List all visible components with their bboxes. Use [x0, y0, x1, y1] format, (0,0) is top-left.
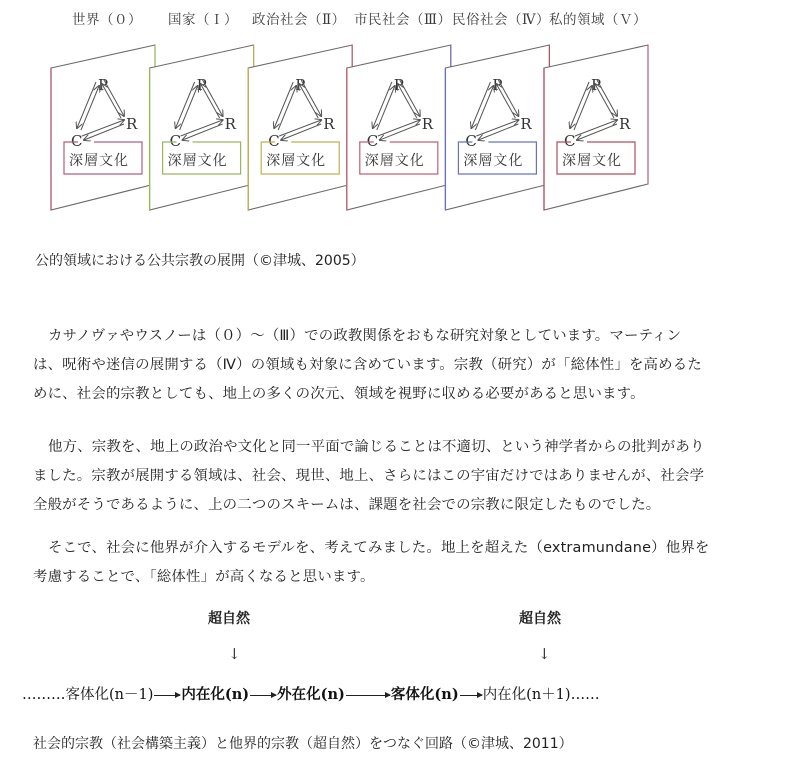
domain-label-folk-society: 民俗社会（Ⅳ）	[452, 8, 550, 28]
panel-folk-society: PRC深層文化	[445, 45, 549, 210]
node-r: R	[323, 115, 335, 133]
figure1-domain-labels: 世界（０） 国家（Ｉ） 政治社会（Ⅱ） 市民社会（Ⅲ） 民俗社会（Ⅳ） 私的領域…	[0, 8, 800, 32]
panel-world: PRC深層文化	[51, 45, 155, 210]
deep-culture-label: 深層文化	[266, 153, 326, 169]
paragraph-2: 他方、宗教を、地上の政治や文化と同一平面で論じることは不適切、という神学者からの…	[33, 433, 773, 520]
stage-internalization-n-plus-1: 内在化(n＋1)	[483, 687, 571, 703]
right-arrow-icon	[250, 695, 276, 696]
panel-private-sphere: PRC深層文化	[544, 45, 648, 210]
node-c: C	[367, 132, 378, 150]
down-arrow-icon-left: ↓	[228, 645, 241, 663]
domain-label-private-sphere: 私的領域（Ｖ）	[549, 8, 647, 28]
domain-label-state: 国家（Ｉ）	[168, 8, 238, 28]
supernatural-label-right: 超自然	[519, 608, 561, 628]
node-r: R	[422, 115, 434, 133]
paragraph-1-line-1: カサノヴァやウスノーは（０）～（Ⅲ）での政教関係をおもな研究対象としています。マ…	[48, 328, 681, 344]
domain-label-political-society: 政治社会（Ⅱ）	[252, 8, 346, 28]
circuit-flow: ………客体化(n－1)内在化(n)外在化(n)客体化(n)内在化(n＋1)……	[22, 683, 600, 704]
paragraph-1: カサノヴァやウスノーは（０）～（Ⅲ）での政教関係をおもな研究対象としています。マ…	[33, 322, 773, 409]
paragraph-1-line-3: めに、社会的宗教としても、地上の多くの次元、領域を視野に収める必要があると思いま…	[33, 386, 645, 402]
paragraph-2-line-3: 全般がそうであるように、上の二つのスキームは、課題を社会での宗教に限定したもので…	[33, 497, 660, 513]
paragraph-2-line-2: ました。宗教が展開する領域は、社会、現世、地上、さらにはこの宇宙だけではありませ…	[33, 468, 704, 484]
node-r: R	[520, 115, 532, 133]
right-arrow-icon	[460, 695, 482, 696]
paragraph-2-line-1: 他方、宗教を、地上の政治や文化と同一平面で論じることは不適切、という神学者からの…	[48, 439, 705, 455]
deep-culture-label: 深層文化	[69, 153, 129, 169]
domain-label-world: 世界（０）	[72, 8, 142, 28]
stage-objectivation-n-minus-1: 客体化(n－1)	[66, 687, 154, 703]
stage-internalization-n: 内在化(n)	[181, 686, 249, 703]
node-r: R	[619, 115, 631, 133]
domain-label-civil-society: 市民社会（Ⅲ）	[354, 8, 452, 28]
node-c: C	[170, 132, 181, 150]
trailing-dots: ……	[571, 687, 600, 703]
node-c: C	[71, 132, 82, 150]
leading-dots: ………	[22, 687, 66, 703]
node-r: R	[126, 115, 138, 133]
down-arrow-icon-right: ↓	[538, 645, 551, 663]
stage-externalization-n: 外在化(n)	[277, 686, 345, 703]
deep-culture-label: 深層文化	[365, 153, 425, 169]
node-c: C	[465, 132, 476, 150]
paragraph-3-line-1: そこで、社会に他界が介入するモデルを、考えてみました。地上を超えた（extram…	[48, 540, 710, 556]
deep-culture-label: 深層文化	[168, 153, 228, 169]
panel-political-society: PRC深層文化	[248, 45, 352, 210]
deep-culture-label: 深層文化	[562, 153, 622, 169]
panel-civil-society: PRC深層文化	[347, 45, 451, 210]
paragraph-1-line-2: は、呪術や迷信の展開する（Ⅳ）の領域も対象に含めています。宗教（研究）が「総体性…	[33, 357, 702, 373]
deep-culture-label: 深層文化	[463, 153, 523, 169]
stage-objectivation-n: 客体化(n)	[391, 686, 459, 703]
node-c: C	[268, 132, 279, 150]
right-arrow-icon	[346, 695, 390, 696]
node-c: C	[564, 132, 575, 150]
paragraph-3-line-2: 考慮することで、「総体性」が高くなると思います。	[33, 569, 375, 585]
paragraph-3: そこで、社会に他界が介入するモデルを、考えてみました。地上を超えた（extram…	[33, 534, 773, 592]
node-r: R	[225, 115, 237, 133]
figure1-caption: 公的領域における公共宗教の展開（©津城、2005）	[35, 250, 365, 270]
figure1-panels-diagram: PRC深層文化PRC深層文化PRC深層文化PRC深層文化PRC深層文化PRC深層…	[0, 38, 800, 228]
panel-state: PRC深層文化	[150, 45, 254, 210]
figure2-caption: 社会的宗教（社会構築主義）と他界的宗教（超自然）をつなぐ回路（©津城、2011）	[33, 733, 573, 753]
right-arrow-icon	[154, 695, 180, 696]
supernatural-label-left: 超自然	[208, 608, 250, 628]
